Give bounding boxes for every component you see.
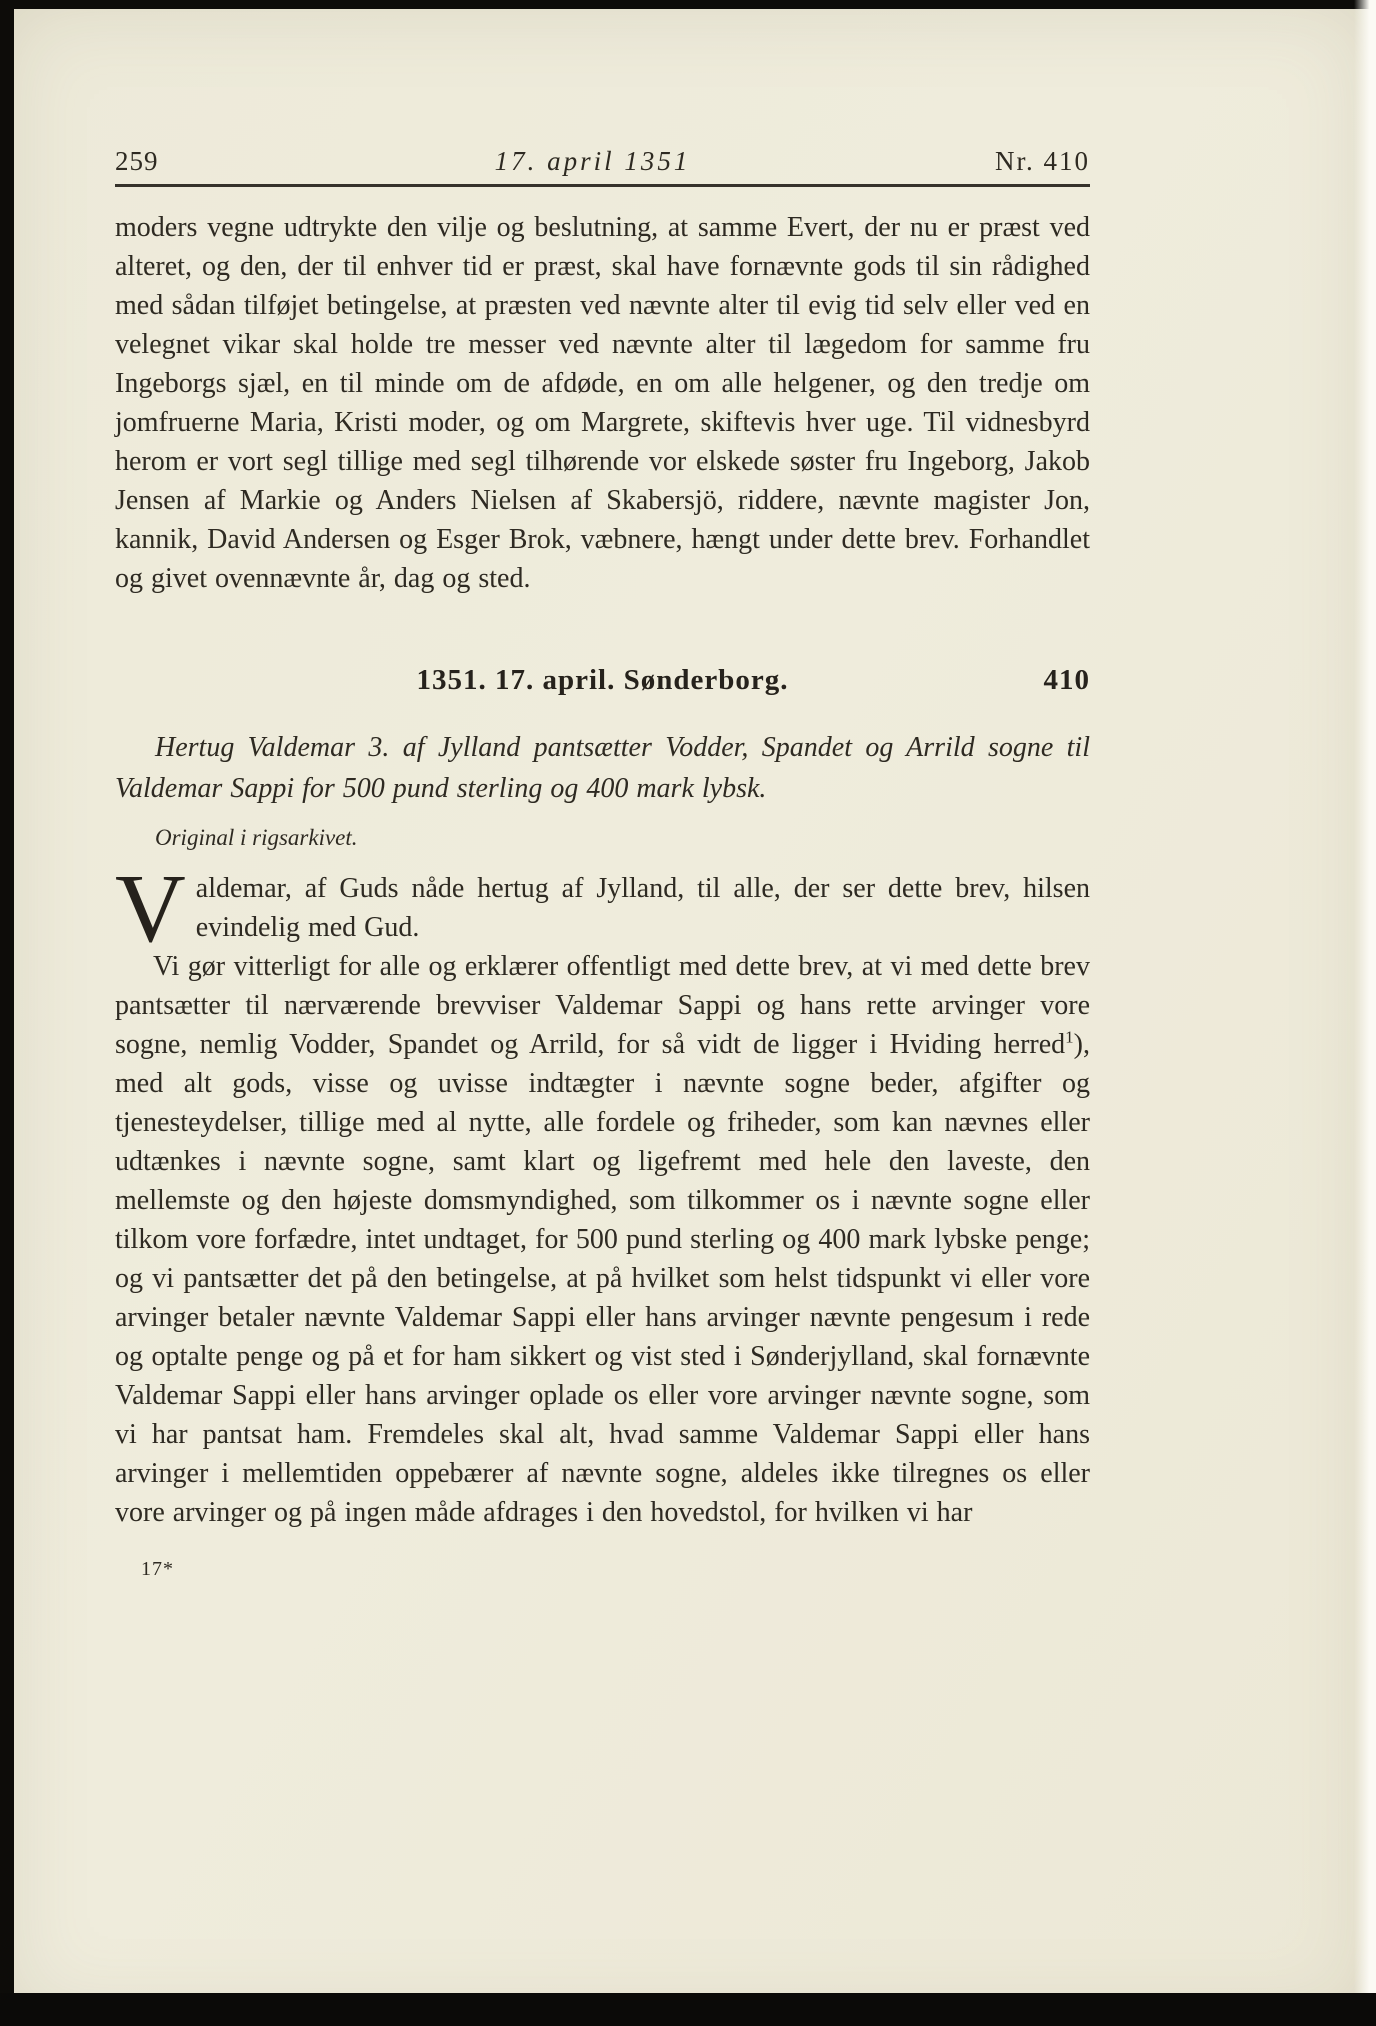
scan-edge-right <box>1354 0 1376 1993</box>
header-rule <box>115 184 1090 187</box>
signature-mark: 17* <box>141 1558 1090 1581</box>
scan-edge-bottom <box>0 1993 1376 2026</box>
continuation-paragraph: moders vegne udtrykte den vilje og beslu… <box>115 208 1090 598</box>
entry-number: 410 <box>1044 664 1091 697</box>
scanned-page: 259 17. april 1351 Nr. 410 moders vegne … <box>0 0 1376 2026</box>
source-note: Original i rigsarkivet. <box>155 825 1090 851</box>
salutation-paragraph: V aldemar, af Guds nåde hertug af Jyllan… <box>115 869 1090 947</box>
body-paragraph: Vi gør vitterligt for alle og erklærer o… <box>115 947 1090 1532</box>
running-title: 17. april 1351 <box>255 146 930 177</box>
entry-heading: 1351. 17. april. Sønderborg. 410 <box>115 664 1090 697</box>
entry-heading-text: 1351. 17. april. Sønderborg. <box>417 664 789 696</box>
salutation-text: aldemar, af Guds nåde hertug af Jylland,… <box>196 873 1090 943</box>
footnote-marker: 1 <box>1065 1028 1074 1047</box>
body-text-after-footnote: ), med alt gods, visse og uvisse indtægt… <box>115 1029 1090 1528</box>
entry-summary: Hertug Valdemar 3. af Jylland pantsætter… <box>115 727 1090 809</box>
text-column: 259 17. april 1351 Nr. 410 moders vegne … <box>115 146 1090 1581</box>
drop-cap-initial: V <box>115 869 196 947</box>
page-header: 259 17. april 1351 Nr. 410 <box>115 146 1090 177</box>
scan-edge-left <box>0 0 14 2026</box>
scan-edge-top <box>0 0 1376 9</box>
page-number: 259 <box>115 146 255 177</box>
body-text-before-footnote: Vi gør vitterligt for alle og erklærer o… <box>115 951 1090 1060</box>
document-number: Nr. 410 <box>930 146 1090 177</box>
